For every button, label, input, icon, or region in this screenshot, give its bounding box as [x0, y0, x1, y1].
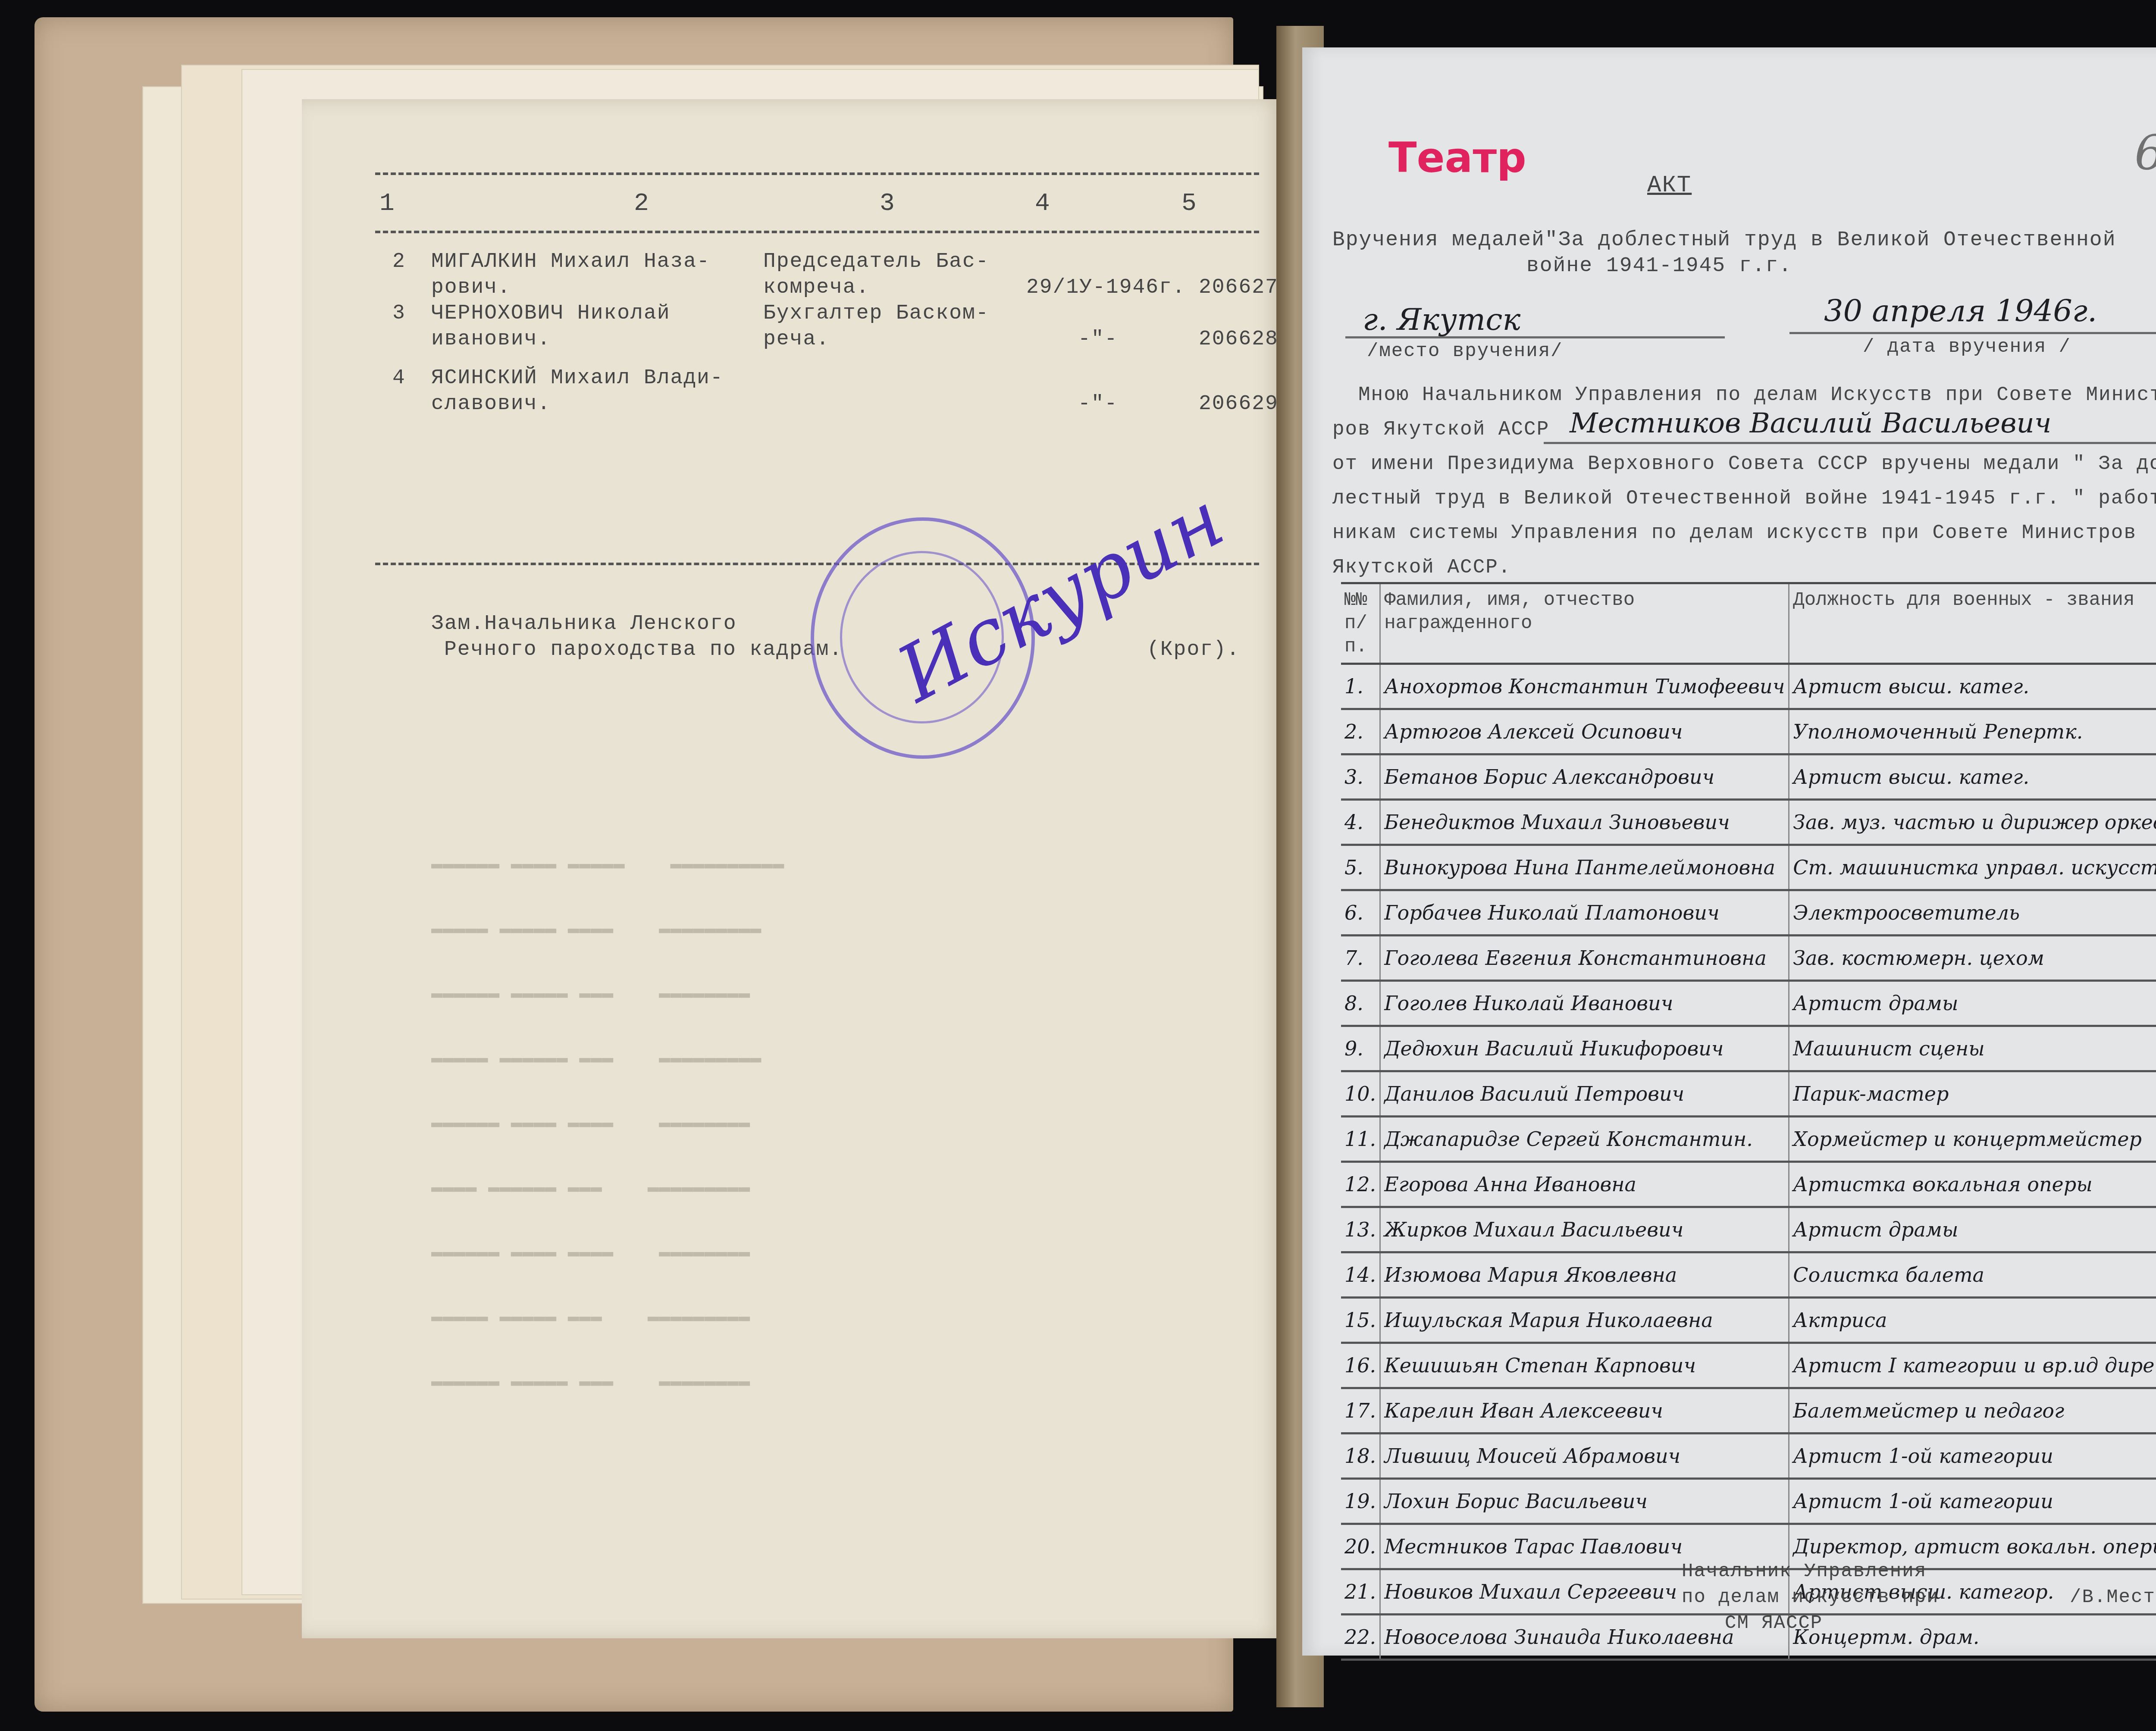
awardee-name: Кешишьян Степан Карпович: [1380, 1343, 1789, 1388]
date-value: 30 апреля 1946г.: [1824, 293, 2097, 329]
place-value: г. Якутск: [1363, 302, 1520, 337]
person-name-cont: славович.: [431, 392, 551, 416]
place-caption: /место вручения/: [1367, 341, 1563, 362]
awardee-position: Ст. машинистка управл. искусств: [1789, 845, 2156, 890]
position: Бухгалтер Баском-: [763, 302, 989, 325]
row-number: 1.: [1341, 664, 1380, 709]
underline: [1544, 442, 2156, 444]
footer-title-line2: по делам искусств при: [1682, 1587, 1939, 1608]
row-number: 11.: [1341, 1117, 1380, 1162]
table-row: 18.Лившиц Моисей АбрамовичАртист 1-ой ка…: [1341, 1434, 2156, 1479]
row-number: 2.: [1341, 709, 1380, 754]
awardee-position: Машинист сцены: [1789, 1026, 2156, 1071]
awardee-position: Артист I категории и вр.ид директора: [1789, 1343, 2156, 1388]
certificate-number: 206627: [1199, 276, 1279, 299]
awardee-position: Артистка вокальная оперы: [1789, 1162, 2156, 1207]
right-page: Театр 66 АКТ Вручения медалей"За доблест…: [1302, 47, 2156, 1656]
col-header-position: Должность для военных - звания: [1789, 583, 2156, 664]
awardee-name: Ишульская Мария Николаевна: [1380, 1298, 1789, 1343]
col-header-4: 4: [1035, 190, 1051, 218]
table-row: 13.Жирков Михаил ВасильевичАртист драмы"…: [1341, 1207, 2156, 1252]
table-row: 12.Егорова Анна ИвановнаАртистка вокальн…: [1341, 1162, 2156, 1207]
body-line: Мною Начальником Управления по делам Иск…: [1358, 384, 2156, 406]
subtitle-line1: Вручения медалей"За доблестный труд в Ве…: [1332, 229, 2116, 252]
row-number: 22.: [1341, 1615, 1380, 1660]
awardee-position: Парик-мастер: [1789, 1071, 2156, 1117]
awardee-name: Изюмова Мария Яковлевна: [1380, 1252, 1789, 1298]
awardee-position: Зав. костюмерн. цехом: [1789, 936, 2156, 981]
row-number: 6.: [1341, 890, 1380, 936]
awardee-name: Карелин Иван Алексеевич: [1380, 1388, 1789, 1434]
awardee-name: Горбачев Николай Платонович: [1380, 890, 1789, 936]
awardee-position: Артист 1-ой категории: [1789, 1479, 2156, 1524]
awardee-name: Лившиц Моисей Абрамович: [1380, 1434, 1789, 1479]
table-row: 10.Данилов Василий ПетровичПарик-мастер"…: [1341, 1071, 2156, 1117]
body-line: от имени Президиума Верховного Совета СС…: [1332, 453, 2156, 475]
awards-table: №№ п/п. Фамилия, имя, отчество награжден…: [1341, 582, 2156, 1661]
awardee-position: Концертм. драм.: [1789, 1615, 2156, 1660]
position-cont: комреча.: [763, 276, 869, 299]
awardee-name: Гоголева Евгения Константиновна: [1380, 936, 1789, 981]
awardee-position: Балетмейстер и педагог: [1789, 1388, 2156, 1434]
table-row: 2.Артюгов Алексей ОсиповичУполномоченный…: [1341, 709, 2156, 754]
row-number: 16.: [1341, 1343, 1380, 1388]
col-header-name: Фамилия, имя, отчество награжденного: [1380, 583, 1789, 664]
dashed-rule: [375, 231, 1259, 233]
row-number: 7.: [1341, 936, 1380, 981]
person-name: МИГАЛКИН Михаил Наза-: [431, 250, 710, 273]
underline: [1789, 332, 2156, 334]
table-row: 19.Лохин Борис ВасильевичАртист 1-ой кат…: [1341, 1479, 2156, 1524]
row-number: 13.: [1341, 1207, 1380, 1252]
table-header-row: №№ п/п. Фамилия, имя, отчество награжден…: [1341, 583, 2156, 664]
row-number: 4: [392, 366, 406, 390]
date-caption: / дата вручения /: [1863, 336, 2071, 358]
body-line: лестный труд в Великой Отечественной вой…: [1332, 487, 2156, 510]
table-row: 15.Ишульская Мария НиколаевнаАктриса"Б№ …: [1341, 1298, 2156, 1343]
awardee-position: Артист высш. катег.: [1789, 754, 2156, 800]
col-header-number: №№ п/п.: [1341, 583, 1380, 664]
award-date: 29/1У-1946г.: [1026, 276, 1186, 299]
col-header-2: 2: [634, 190, 650, 218]
row-number: 5.: [1341, 845, 1380, 890]
awardee-name: Бенедиктов Михаил Зиновьевич: [1380, 800, 1789, 845]
certificate-number: 206629: [1199, 392, 1279, 416]
awardee-position: Солистка балета: [1789, 1252, 2156, 1298]
row-number: 19.: [1341, 1479, 1380, 1524]
awardee-name: Егорова Анна Ивановна: [1380, 1162, 1789, 1207]
awardee-name: Винокурова Нина Пантелеймоновна: [1380, 845, 1789, 890]
row-number: 12.: [1341, 1162, 1380, 1207]
awardee-name: Гоголев Николай Иванович: [1380, 981, 1789, 1026]
underline: [1345, 336, 1725, 338]
person-name: ЧЕРНОХОВИЧ Николай: [431, 302, 670, 325]
award-date: -"-: [1078, 392, 1118, 416]
row-number: 14.: [1341, 1252, 1380, 1298]
col-header-5: 5: [1181, 190, 1197, 218]
position-cont: реча.: [763, 328, 830, 351]
table-row: 9.Дедюхин Василий НикифоровичМашинист сц…: [1341, 1026, 2156, 1071]
awardee-name: Лохин Борис Васильевич: [1380, 1479, 1789, 1524]
table-row: 7.Гоголева Евгения КонстантиновнаЗав. ко…: [1341, 936, 2156, 981]
awardee-position: Электроосветитель: [1789, 890, 2156, 936]
awardee-name: Жирков Михаил Васильевич: [1380, 1207, 1789, 1252]
award-date: -"-: [1078, 328, 1118, 351]
footer-title-line1: Начальник Управления: [1682, 1561, 1927, 1582]
table-row: 14.Изюмова Мария ЯковлевнаСолистка балет…: [1341, 1252, 2156, 1298]
table-row: 1.Анохортов Константин ТимофеевичАртист …: [1341, 664, 2156, 709]
row-number: 4.: [1341, 800, 1380, 845]
body-line: ров Якутской АССР: [1332, 418, 1549, 441]
person-name: ЯСИНСКИЙ Михаил Влади-: [431, 366, 724, 390]
awardee-name: Данилов Василий Петрович: [1380, 1071, 1789, 1117]
awardee-name: Джапаридзе Сергей Константин.: [1380, 1117, 1789, 1162]
awardee-position: Уполномоченный Репертк.: [1789, 709, 2156, 754]
row-number: 2: [392, 250, 406, 273]
awardee-position: Артист высш. катег.: [1789, 664, 2156, 709]
footer-title-line3: СМ ЯАССР: [1725, 1612, 1823, 1634]
awardee-position: Зав. муз. частью и дирижер оркестра: [1789, 800, 2156, 845]
body-line: никам системы Управления по делам искусс…: [1332, 522, 2137, 544]
document-title: АКТ: [1647, 172, 1692, 199]
row-number: 21.: [1341, 1569, 1380, 1615]
row-number: 10.: [1341, 1071, 1380, 1117]
awardee-name: Бетанов Борис Александрович: [1380, 754, 1789, 800]
signoff-title-line2: Речного пароходства по кадрам.: [444, 638, 843, 661]
bleed-through-text: ▬▬▬▬▬▬ ▬▬▬▬ ▬▬▬▬▬ ▬▬▬▬▬▬▬▬▬▬▬▬▬▬▬ ▬▬▬▬▬ …: [431, 832, 1207, 1414]
body-line: Якутской АССР.: [1332, 556, 1511, 579]
table-row: 17.Карелин Иван АлексеевичБалетмейстер и…: [1341, 1388, 2156, 1434]
table-row: 6.Горбачев Николай ПлатоновичЭлектроосве…: [1341, 890, 2156, 936]
row-number: 20.: [1341, 1524, 1380, 1569]
awardee-name: Дедюхин Василий Никифорович: [1380, 1026, 1789, 1071]
row-number: 9.: [1341, 1026, 1380, 1071]
row-number: 3.: [1341, 754, 1380, 800]
row-number: 8.: [1341, 981, 1380, 1026]
col-header-3: 3: [880, 190, 896, 218]
certificate-number: 206628: [1199, 328, 1279, 351]
page-number: 66: [2134, 125, 2156, 180]
awardee-position: Артист драмы: [1789, 1207, 2156, 1252]
person-name-cont: иванович.: [431, 328, 551, 351]
row-number: 15.: [1341, 1298, 1380, 1343]
table-row: 5.Винокурова Нина ПантелеймоновнаСт. маш…: [1341, 845, 2156, 890]
position: Председатель Бас-: [763, 250, 989, 273]
row-number: 3: [392, 302, 406, 325]
table-row: 16.Кешишьян Степан КарповичАртист I кате…: [1341, 1343, 2156, 1388]
awardee-position: Артист драмы: [1789, 981, 2156, 1026]
signoff-title-line1: Зам.Начальника Ленского: [431, 612, 737, 635]
table-row: 3.Бетанов Борис АлександровичАртист высш…: [1341, 754, 2156, 800]
awardee-position: Артист 1-ой категории: [1789, 1434, 2156, 1479]
awardee-position: Актриса: [1789, 1298, 2156, 1343]
left-page: 1 2 3 4 5 2 МИГАЛКИН Михаил Наза- рович.…: [302, 99, 1281, 1638]
awardee-name: Артюгов Алексей Осипович: [1380, 709, 1789, 754]
signoff-name: (Крог).: [1147, 638, 1240, 661]
subtitle-line2: войне 1941-1945 г.г.: [1526, 254, 1792, 278]
awardee-name: Анохортов Константин Тимофеевич: [1380, 664, 1789, 709]
person-name-cont: рович.: [431, 276, 511, 299]
row-number: 17.: [1341, 1388, 1380, 1434]
dashed-rule: [375, 172, 1259, 175]
row-number: 18.: [1341, 1434, 1380, 1479]
table-row: 11.Джапаридзе Сергей Константин.Хормейст…: [1341, 1117, 2156, 1162]
awardee-position: Хормейстер и концертмейстер: [1789, 1117, 2156, 1162]
table-row: 8.Гоголев Николай ИвановичАртист драмы"Б…: [1341, 981, 2156, 1026]
table-row: 4.Бенедиктов Михаил ЗиновьевичЗав. муз. …: [1341, 800, 2156, 845]
col-header-1: 1: [379, 190, 395, 218]
footer-name: /В.Местников/: [2070, 1587, 2156, 1608]
handwritten-official-name: Местников Василий Васильевич: [1570, 407, 2051, 439]
red-label: Театр: [1388, 134, 1526, 182]
